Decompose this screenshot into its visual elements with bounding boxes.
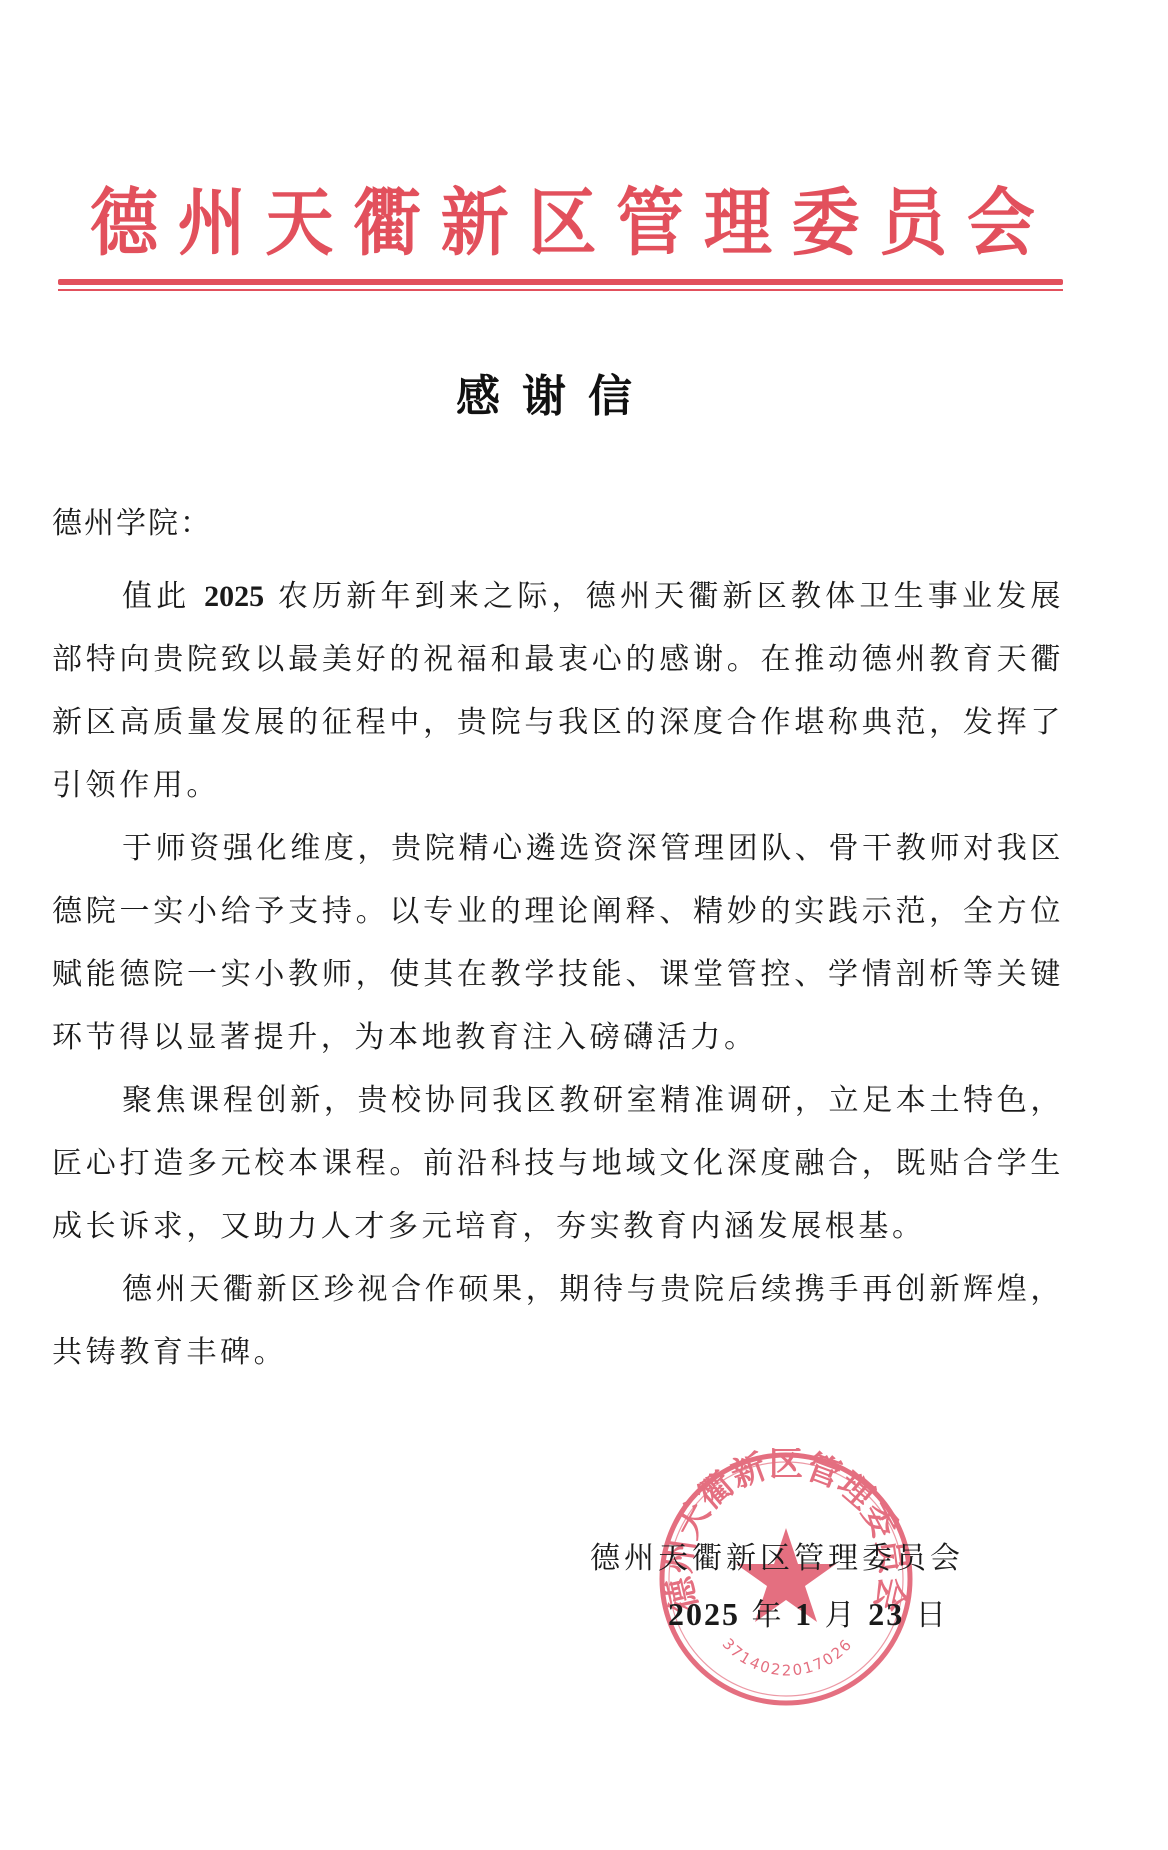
letterhead-char: 会: [967, 186, 1035, 259]
paragraph-3: 聚焦课程创新，贵校协同我区教研室精准调研，立足本土特色，匠心打造多元校本课程。前…: [52, 1069, 1064, 1258]
paragraph-1-lead: 值此: [122, 579, 204, 614]
letterhead-char: 员: [879, 186, 947, 259]
paragraph-4: 德州天衢新区珍视合作硕果，期待与贵院后续携手再创新辉煌，共铸教育丰碑。: [52, 1258, 1064, 1384]
date-day-unit: 日: [916, 1598, 948, 1633]
letterhead-char: 区: [528, 186, 596, 259]
date-day: 23: [868, 1596, 904, 1632]
letterhead-char: 州: [178, 186, 246, 259]
letterhead-char: 天: [265, 186, 333, 259]
salutation: 德州学院：: [52, 498, 212, 542]
letterhead-char: 理: [704, 186, 772, 259]
letterhead-char: 委: [792, 186, 860, 259]
date-year-unit: 年: [752, 1598, 784, 1633]
letterhead-char: 新: [441, 186, 509, 259]
signature-organization: 德州天衢新区管理委员会: [590, 1533, 964, 1577]
date-month-unit: 月: [825, 1598, 857, 1633]
letterhead-char: 德: [90, 186, 158, 259]
paragraph-1: 值此 2025 农历新年到来之际，德州天衢新区教体卫生事业发展部特向贵院致以最美…: [52, 565, 1064, 817]
date-month: 1: [795, 1596, 813, 1632]
letterhead-rule-thin: [58, 289, 1063, 291]
seal-code: 3714022017026: [719, 1635, 857, 1680]
letterhead-char: 衢: [353, 186, 421, 259]
date-year: 2025: [668, 1596, 740, 1632]
official-seal: 德州天衢新区管理委员会 3714022017026: [655, 1448, 917, 1710]
letter-body: 值此 2025 农历新年到来之际，德州天衢新区教体卫生事业发展部特向贵院致以最美…: [52, 565, 1064, 1384]
paragraph-1-year: 2025: [204, 580, 264, 613]
paragraph-2: 于师资强化维度，贵院精心遴选资深管理团队、骨干教师对我区德院一实小给予支持。以专…: [52, 817, 1064, 1069]
document-title: 感谢信: [0, 360, 1110, 424]
letterhead-rule-thick: [58, 279, 1063, 285]
letterhead-char: 管: [616, 186, 684, 259]
signature-date: 2025 年 1 月 23 日: [668, 1590, 948, 1634]
letterhead-organization: 德州天衢新区管理委员会: [90, 178, 1035, 268]
